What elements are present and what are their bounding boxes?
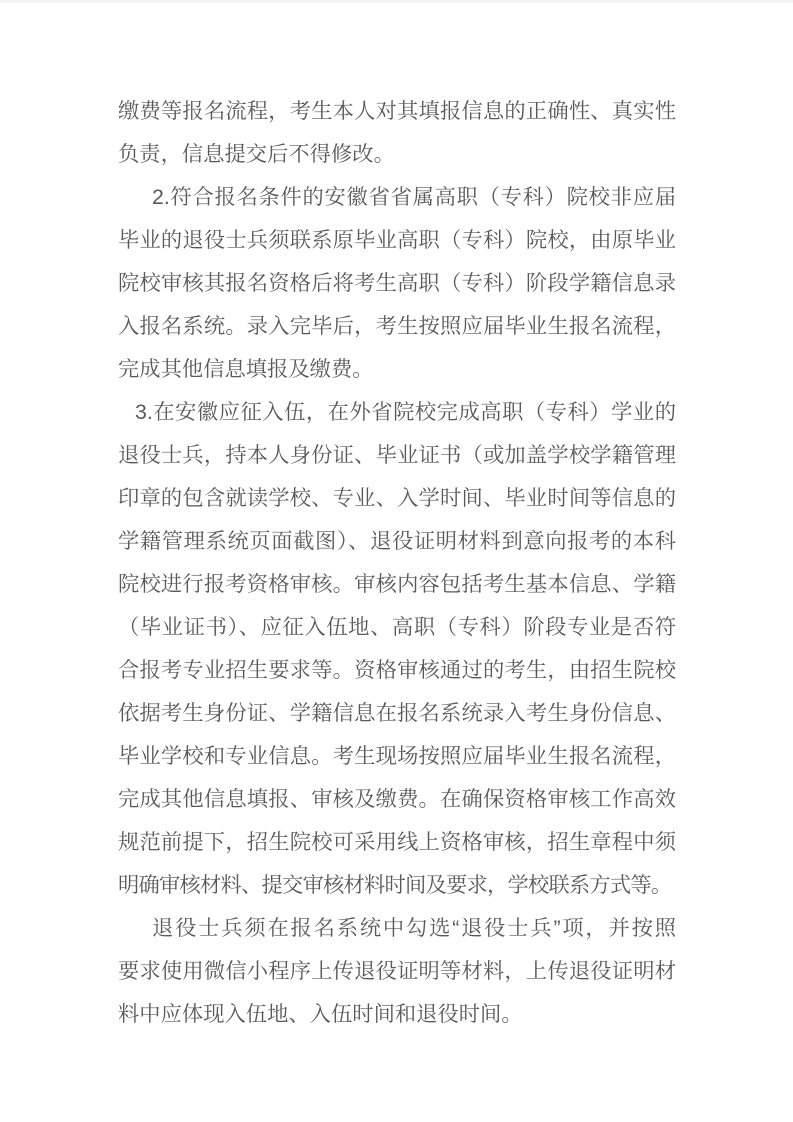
text-line: 要求使用微信小程序上传退役证明等材料，上传退役证明材: [118, 950, 676, 993]
text-line: 缴费等报名流程，考生本人对其填报信息的正确性、真实性: [118, 90, 676, 133]
text-line: 负责，信息提交后不得修改。: [118, 133, 676, 176]
text-line: 院校审核其报名资格后将考生高职（专科）阶段学籍信息录: [118, 262, 676, 305]
paragraph: 退役士兵须在报名系统中勾选“退役士兵”项，并按照 要求使用微信小程序上传退役证明…: [118, 907, 676, 1036]
text-line: 合报考专业招生要求等。资格审核通过的考生，由招生院校: [118, 649, 676, 692]
text-line: 2.符合报名条件的安徽省省属高职（专科）院校非应届: [118, 176, 676, 219]
text-line: 退役士兵须在报名系统中勾选“退役士兵”项，并按照: [118, 907, 676, 950]
text-line: 退役士兵，持本人身份证、毕业证书（或加盖学校学籍管理: [118, 434, 676, 477]
text-line: 学籍管理系统页面截图）、退役证明材料到意向报考的本科: [118, 520, 676, 563]
page-top-divider: [0, 0, 793, 3]
text-line: （毕业证书）、应征入伍地、高职（专科）阶段专业是否符: [118, 606, 676, 649]
paragraph: 缴费等报名流程，考生本人对其填报信息的正确性、真实性 负责，信息提交后不得修改。: [118, 90, 676, 176]
text-line: 依据考生身份证、学籍信息在报名系统录入考生身份信息、: [118, 692, 676, 735]
text-line: 规范前提下，招生院校可采用线上资格审核，招生章程中须: [118, 821, 676, 864]
text-line: 料中应体现入伍地、入伍时间和退役时间。: [118, 993, 676, 1036]
document-body: 缴费等报名流程，考生本人对其填报信息的正确性、真实性 负责，信息提交后不得修改。…: [118, 90, 676, 1036]
document-page: 缴费等报名流程，考生本人对其填报信息的正确性、真实性 负责，信息提交后不得修改。…: [0, 0, 793, 1122]
paragraph: 2.符合报名条件的安徽省省属高职（专科）院校非应届 毕业的退役士兵须联系原毕业高…: [118, 176, 676, 391]
text-line: 毕业学校和专业信息。考生现场按照应届毕业生报名流程，: [118, 735, 676, 778]
text-line: 完成其他信息填报、审核及缴费。在确保资格审核工作高效: [118, 778, 676, 821]
text-line: 3.在安徽应征入伍，在外省院校完成高职（专科）学业的: [118, 391, 676, 434]
text-line: 院校进行报考资格审核。审核内容包括考生基本信息、学籍: [118, 563, 676, 606]
text-line: 入报名系统。录入完毕后，考生按照应届毕业生报名流程，: [118, 305, 676, 348]
paragraph: 3.在安徽应征入伍，在外省院校完成高职（专科）学业的 退役士兵，持本人身份证、毕…: [118, 391, 676, 907]
text-line: 完成其他信息填报及缴费。: [118, 348, 676, 391]
text-line: 毕业的退役士兵须联系原毕业高职（专科）院校，由原毕业: [118, 219, 676, 262]
text-line: 明确审核材料、提交审核材料时间及要求，学校联系方式等。: [118, 864, 676, 907]
text-line: 印章的包含就读学校、专业、入学时间、毕业时间等信息的: [118, 477, 676, 520]
